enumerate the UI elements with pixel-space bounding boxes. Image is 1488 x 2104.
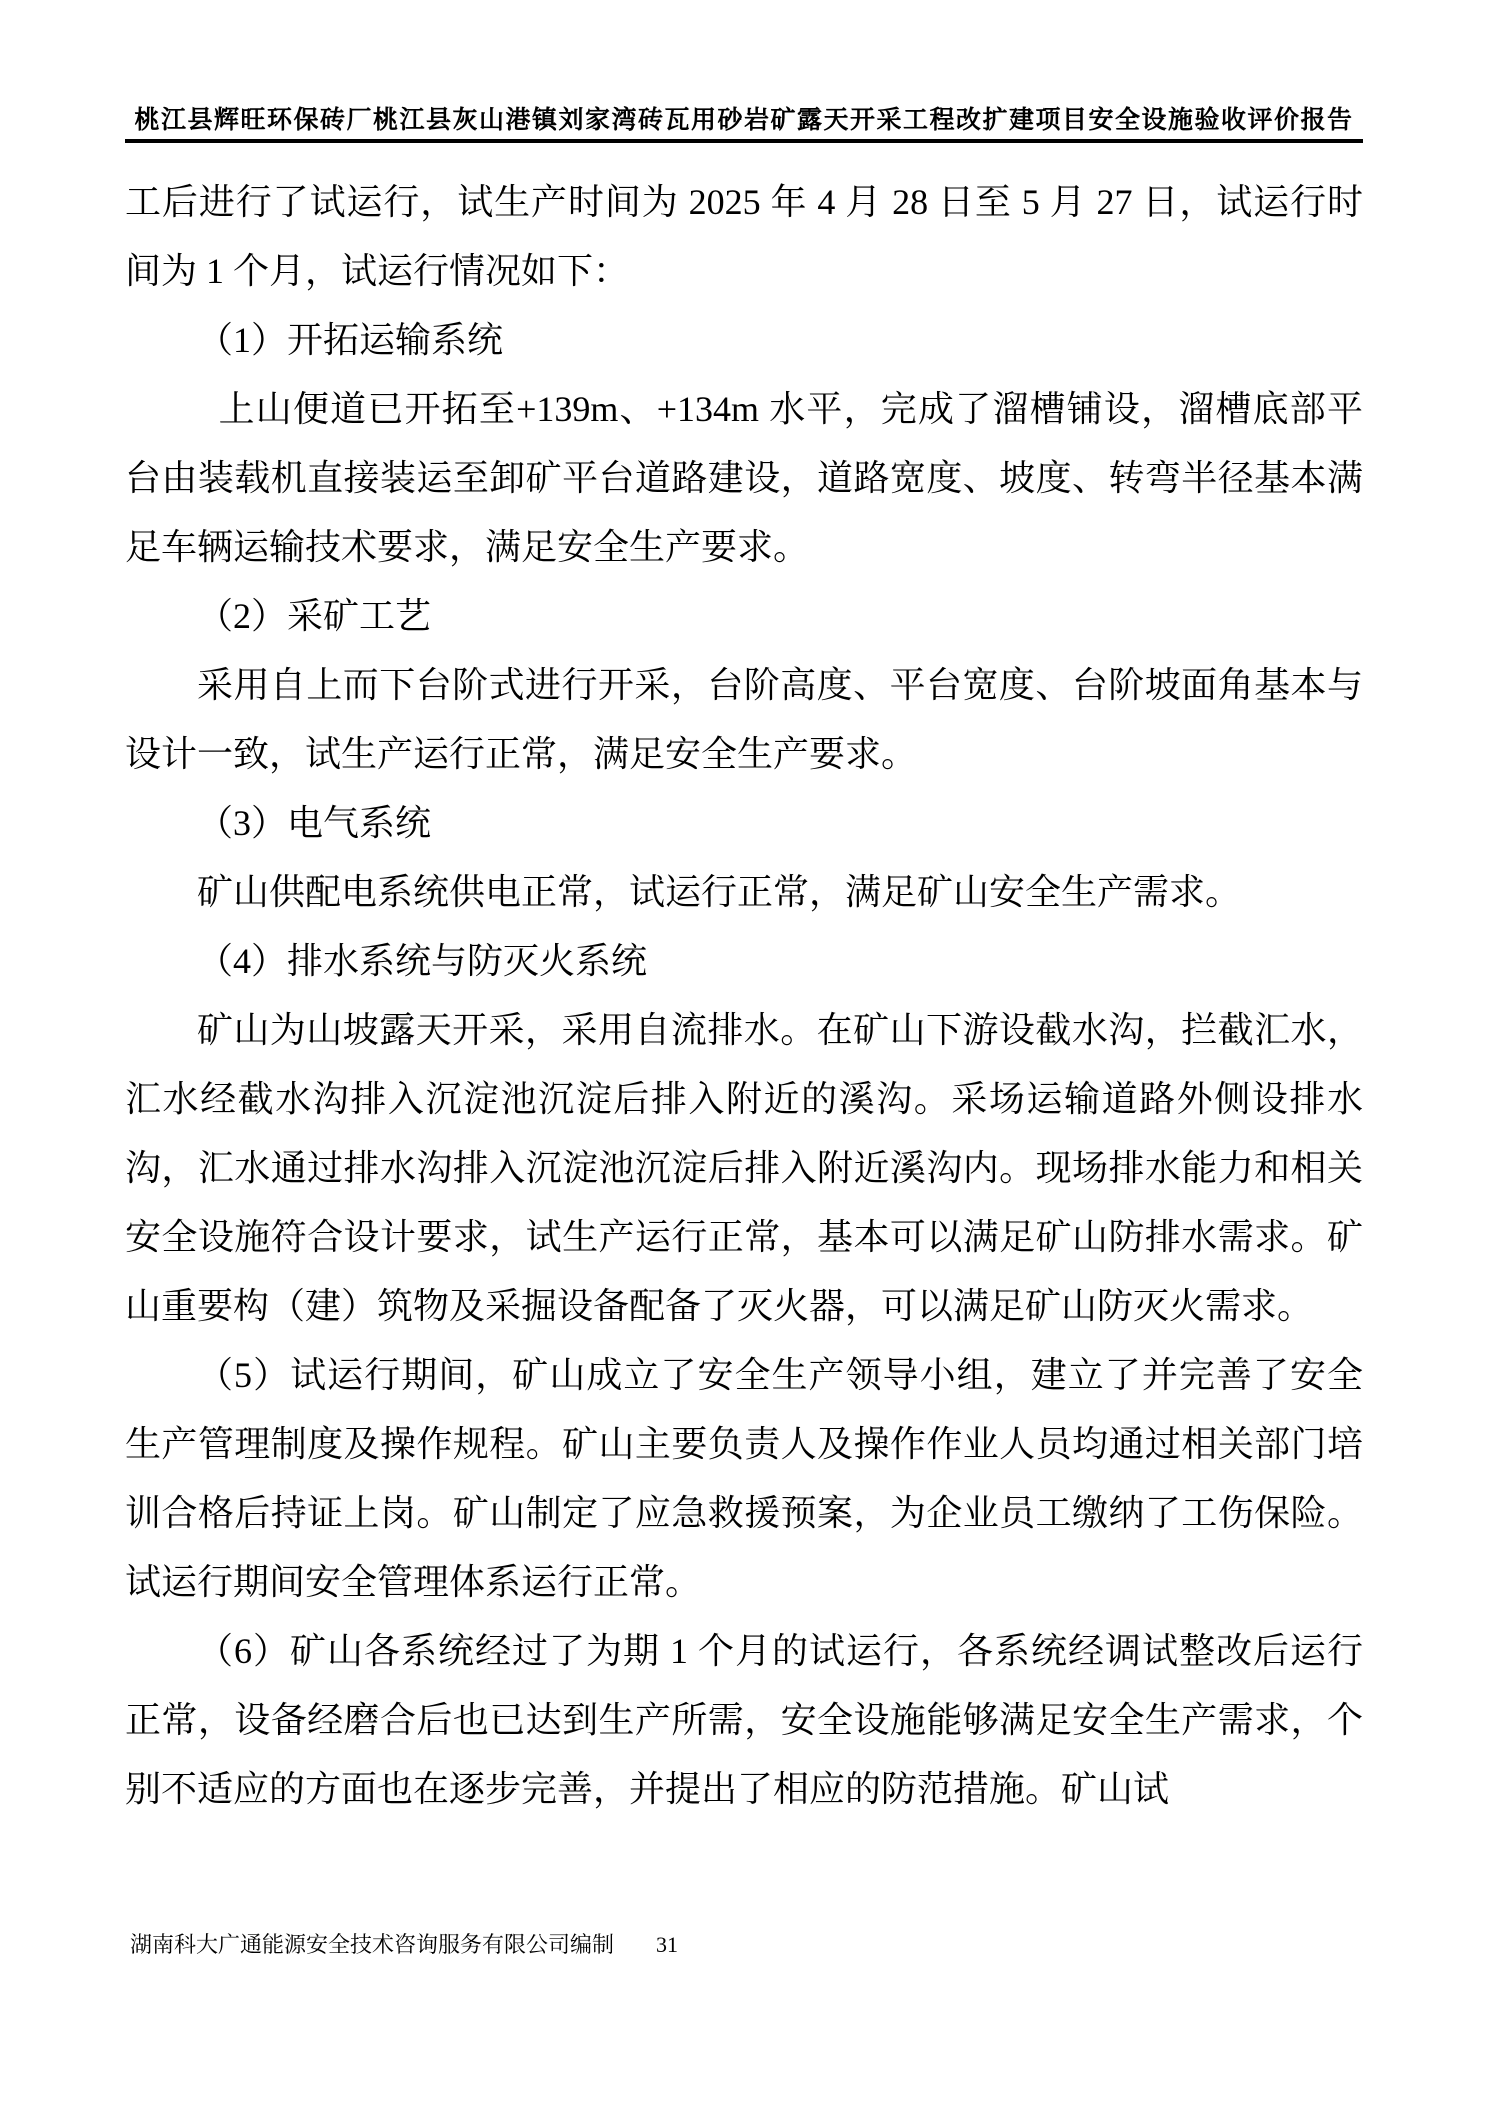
para-item-4-body: 矿山为山坡露天开采，采用自流排水。在矿山下游设截水沟，拦截汇水，汇水经截水沟排入… <box>125 996 1363 1341</box>
para-item-6: （6）矿山各系统经过了为期 1 个月的试运行，各系统经调试整改后运行正常，设备经… <box>125 1617 1363 1824</box>
page-footer: 湖南科大广通能源安全技术咨询服务有限公司编制31 <box>130 1928 678 1959</box>
footer-page-number: 31 <box>656 1932 678 1958</box>
footer-company-name: 湖南科大广通能源安全技术咨询服务有限公司编制 <box>130 1932 614 1957</box>
para-item-1-heading: （1）开拓运输系统 <box>125 306 1363 375</box>
para-continuation: 工后进行了试运行，试生产时间为 2025 年 4 月 28 日至 5 月 27 … <box>125 168 1363 306</box>
para-item-3-body: 矿山供配电系统供电正常，试运行正常，满足矿山安全生产需求。 <box>125 858 1363 927</box>
para-item-5: （5）试运行期间，矿山成立了安全生产领导小组，建立了并完善了安全生产管理制度及操… <box>125 1341 1363 1617</box>
para-item-1-body: 上山便道已开拓至+139m、+134m 水平，完成了溜槽铺设，溜槽底部平台由装载… <box>125 375 1363 582</box>
para-item-2-body: 采用自上而下台阶式进行开采，台阶高度、平台宽度、台阶坡面角基本与设计一致，试生产… <box>125 651 1363 789</box>
document-page: 桃江县辉旺环保砖厂桃江县灰山港镇刘家湾砖瓦用砂岩矿露天开采工程改扩建项目安全设施… <box>0 0 1488 2104</box>
para-item-4-heading: （4）排水系统与防灭火系统 <box>125 927 1363 996</box>
para-item-3-heading: （3）电气系统 <box>125 789 1363 858</box>
page-header-title: 桃江县辉旺环保砖厂桃江县灰山港镇刘家湾砖瓦用砂岩矿露天开采工程改扩建项目安全设施… <box>125 100 1363 136</box>
document-body: 工后进行了试运行，试生产时间为 2025 年 4 月 28 日至 5 月 27 … <box>125 168 1363 1824</box>
para-item-2-heading: （2）采矿工艺 <box>125 582 1363 651</box>
header-rule-divider <box>125 139 1363 143</box>
